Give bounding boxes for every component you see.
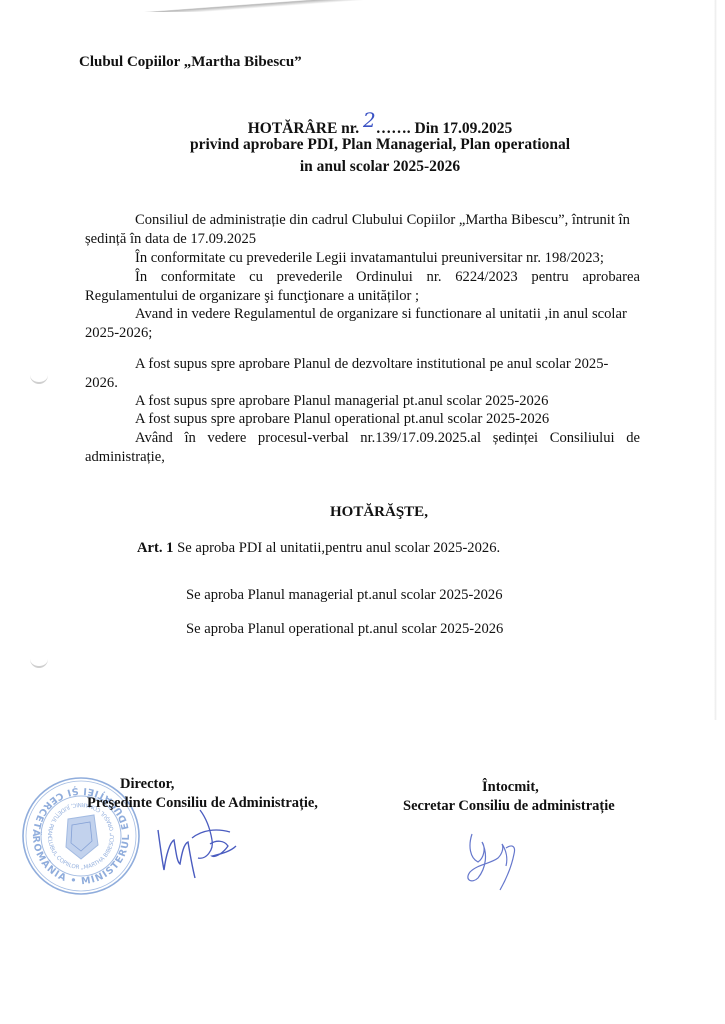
word: ședinței	[493, 430, 538, 447]
organization-name: Clubul Copiilor „Martha Bibescu”	[79, 54, 302, 71]
word: de	[626, 430, 640, 447]
director-signature-icon	[150, 800, 245, 880]
signature-left-role: Director,	[120, 776, 174, 793]
decision-date: Din 17.09.2025	[415, 120, 513, 137]
preamble-paragraph-4-cont: 2025-2026;	[85, 325, 152, 342]
word: în	[184, 430, 195, 447]
paragraph-text: Consiliul de administrație din cadrul Cl…	[135, 212, 630, 229]
preamble-paragraph-8: Avândînvedereprocesul-verbalnr.139/17.09…	[135, 430, 640, 447]
preamble-paragraph-5: A fost supus spre aprobare Planul de dez…	[135, 356, 608, 373]
punch-hole-mark	[30, 656, 48, 668]
article-label: Art. 1	[137, 540, 173, 556]
article-1-item-operational: Se aproba Planul operational pt.anul sco…	[186, 621, 503, 638]
word: aprobarea	[582, 269, 640, 286]
preamble-paragraph-4: Avand in vedere Regulamentul de organiza…	[135, 306, 627, 323]
article-1-item-managerial: Se aproba Planul managerial pt.anul scol…	[186, 587, 503, 604]
official-stamp-icon: ROMÂNIA • MINISTERUL EDUCAȚIEI ȘI CERCET…	[20, 775, 142, 897]
preamble-paragraph-1-cont: ședință în data de 17.09.2025	[85, 231, 256, 248]
article-1: Art. 1 Se aproba PDI al unitatii,pentru …	[137, 540, 500, 557]
paragraph-line: Consiliul de administrație din cadrul Cl…	[135, 212, 640, 229]
preamble-paragraph-8-cont: administrație,	[85, 449, 165, 466]
preamble-paragraph-1: Consiliul de administrație din cadrul Cl…	[135, 212, 640, 229]
word: prevederile	[277, 269, 343, 286]
word: pentru	[531, 269, 568, 286]
decision-subject: privind aprobare PDI, Plan Managerial, P…	[140, 136, 620, 154]
word: procesul-verbal	[258, 430, 349, 447]
signature-right-title: Secretar Consiliu de administrație	[403, 798, 615, 815]
decision-title: HOTĂRÂRE nr. 2……. Din 17.09.2025	[140, 114, 620, 138]
word: conformitate	[161, 269, 236, 286]
secretary-signature-icon	[458, 828, 528, 898]
preamble-paragraph-2: În conformitate cu prevederile Legii inv…	[135, 250, 604, 267]
word: vedere	[207, 430, 246, 447]
scan-edge-artifact	[714, 0, 717, 720]
handwritten-decision-number: 2	[363, 108, 376, 132]
word: nr.	[427, 269, 442, 286]
preamble-paragraph-7: A fost supus spre aprobare Planul operat…	[135, 411, 549, 428]
paragraph-line: ÎnconformitatecuprevederileOrdinuluinr.6…	[135, 269, 640, 286]
word: În	[135, 269, 147, 286]
title-dots: …….	[376, 120, 415, 137]
preamble-paragraph-3: ÎnconformitatecuprevederileOrdinuluinr.6…	[135, 269, 640, 286]
word: 6224/2023	[455, 269, 517, 286]
word: cu	[249, 269, 263, 286]
signature-right-role: Întocmit,	[482, 779, 539, 796]
scan-edge-artifact	[0, 0, 470, 12]
title-prefix: HOTĂRÂRE nr.	[248, 120, 363, 137]
preamble-paragraph-6: A fost supus spre aprobare Planul manage…	[135, 393, 548, 410]
word: Consiliului	[550, 430, 615, 447]
decision-school-year: in anul scolar 2025-2026	[140, 158, 620, 176]
punch-hole-mark	[30, 372, 48, 384]
paragraph-line: Avândînvedereprocesul-verbalnr.139/17.09…	[135, 430, 640, 447]
word: nr.139/17.09.2025.al	[360, 430, 481, 447]
preamble-paragraph-3-cont: Regulamentului de organizare şi funcţion…	[85, 288, 419, 305]
article-text: Se aproba PDI al unitatii,pentru anul sc…	[173, 540, 500, 556]
word: Având	[135, 430, 173, 447]
word: Ordinului	[356, 269, 413, 286]
decision-heading: HOTĂRĂŞTE,	[330, 504, 428, 521]
preamble-paragraph-5-cont: 2026.	[85, 375, 118, 392]
